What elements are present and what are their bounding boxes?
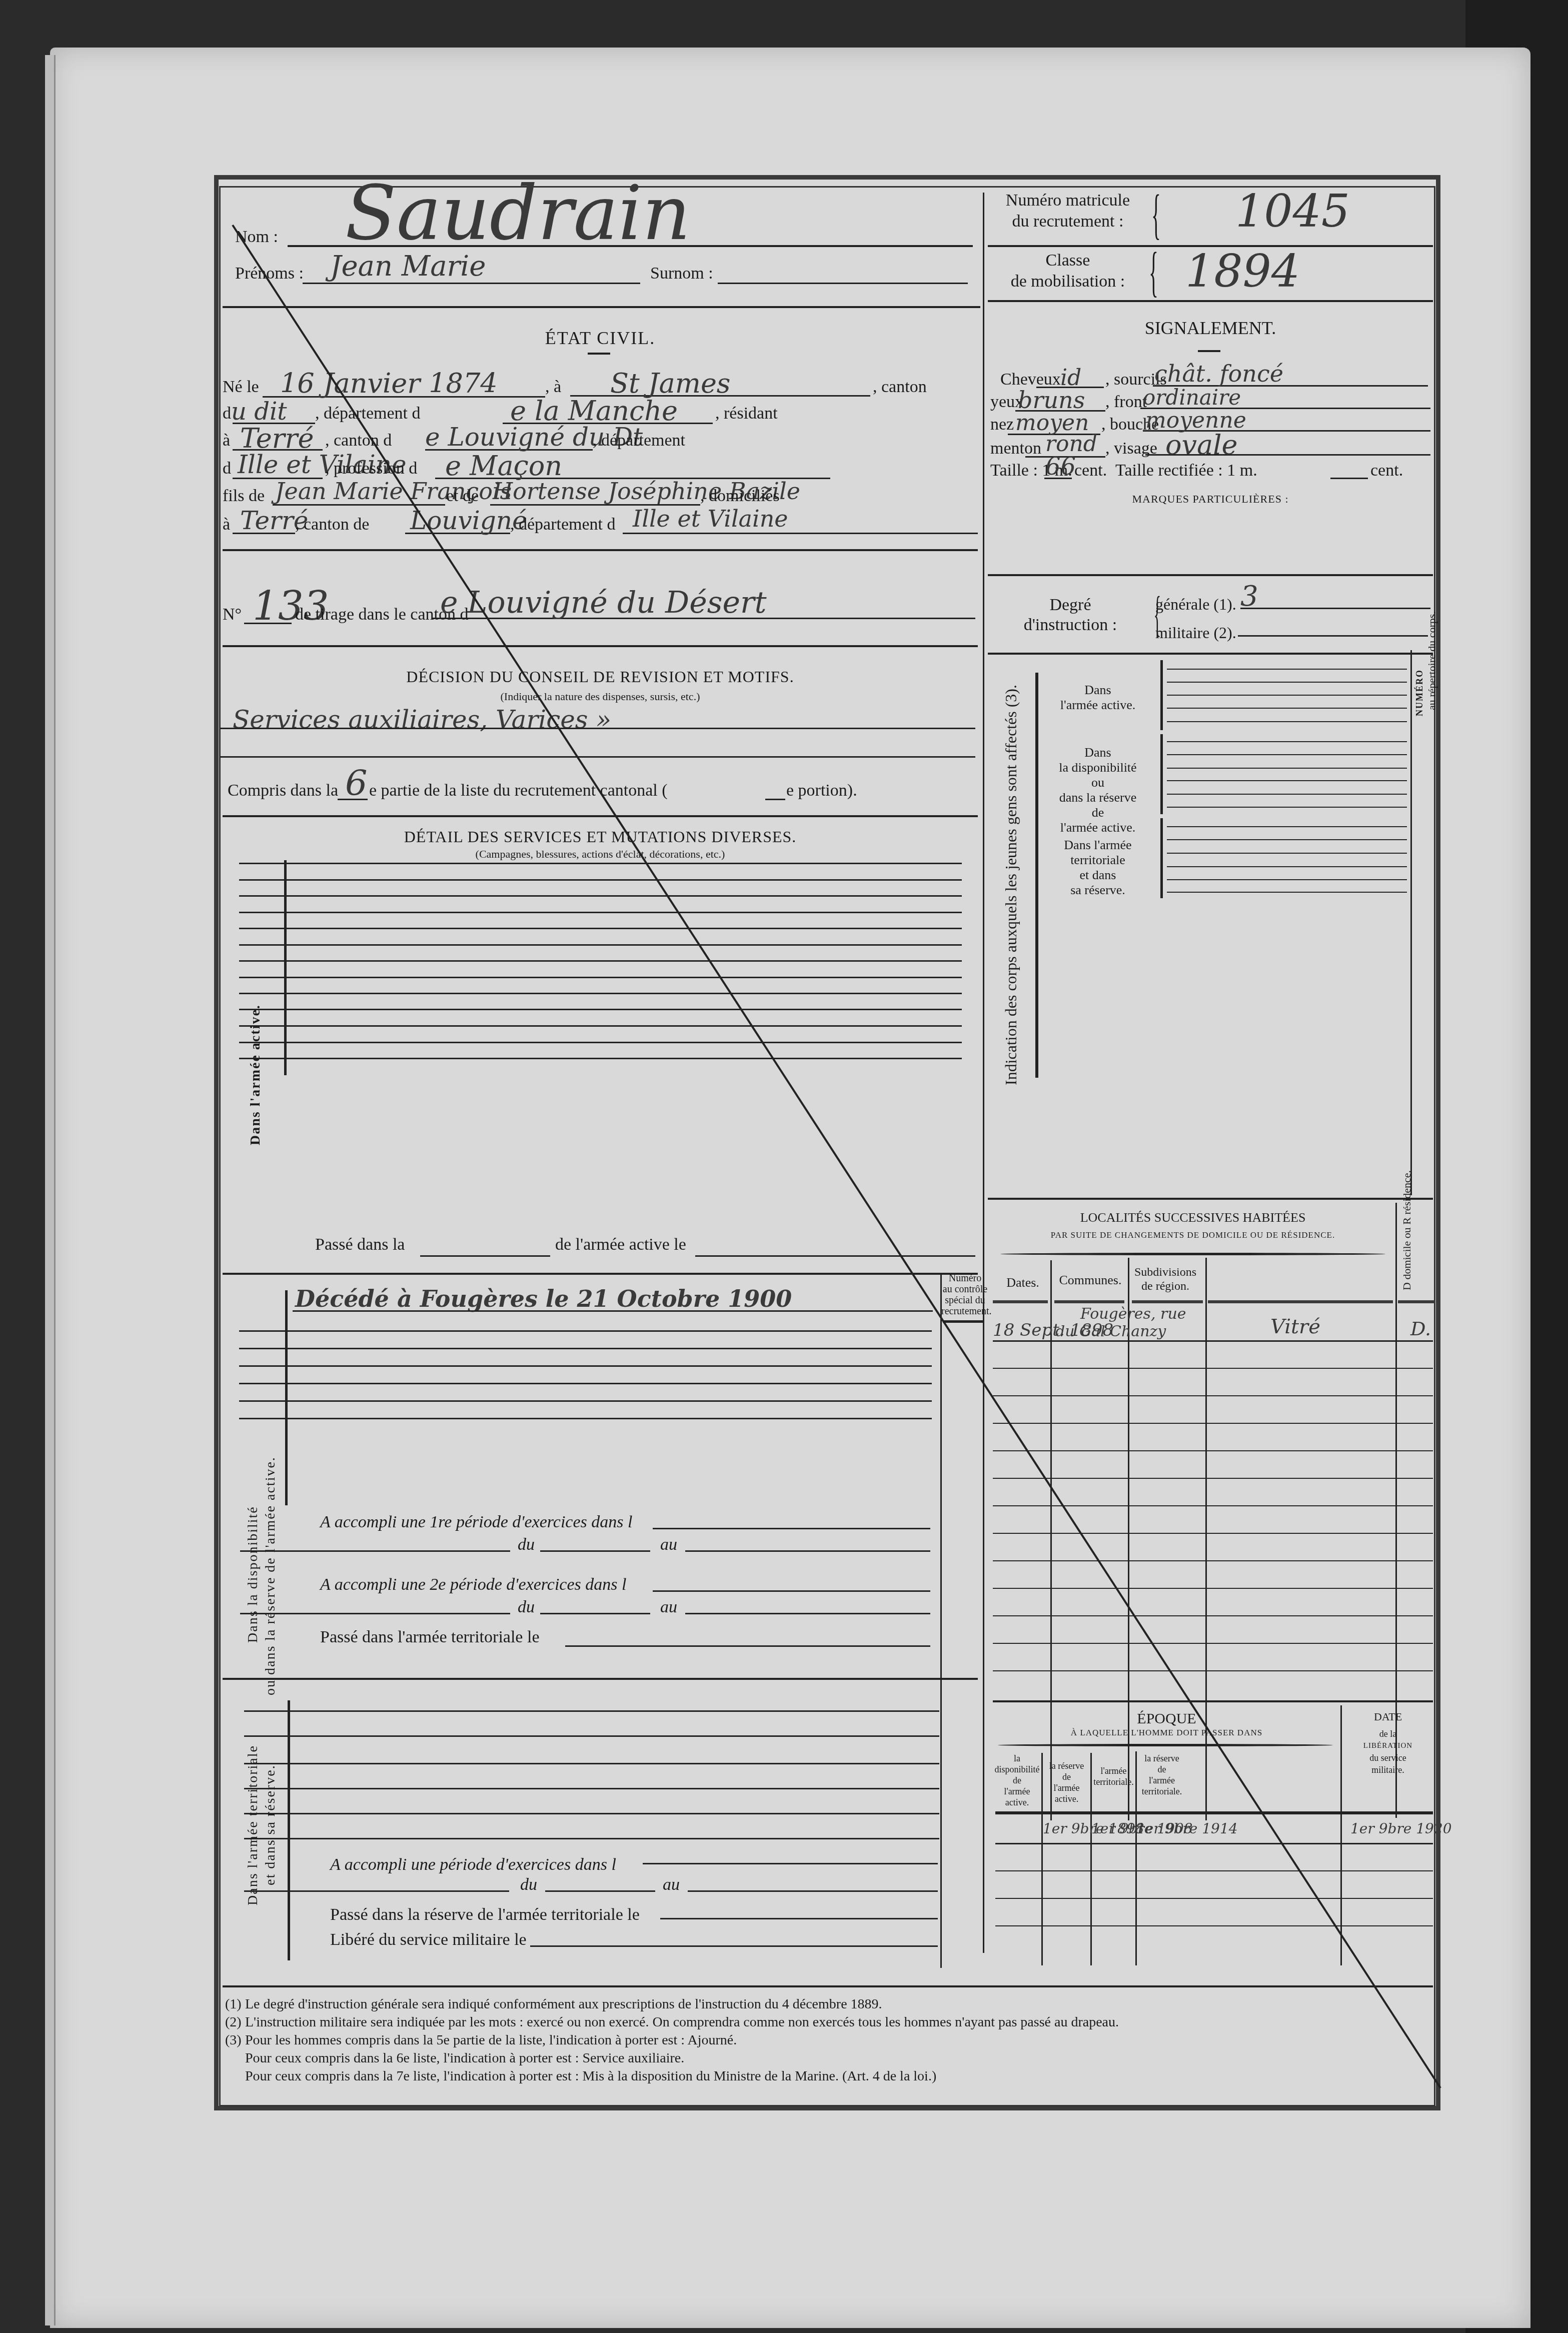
portion-line	[765, 799, 785, 800]
partie-value[interactable]: 6	[345, 763, 368, 804]
controle-label-line: au contrôle	[941, 1284, 989, 1295]
epoque-subtitle: À LAQUELLE L'HOMME DOIT PASSER DANS	[993, 1728, 1340, 1738]
services-line[interactable]	[239, 993, 962, 994]
localite-commune-2[interactable]: du Gal Chanzy	[1055, 1323, 1166, 1340]
disponibilite-side-label-1: Dans la disponibilité	[245, 1506, 261, 1643]
du-line[interactable]	[545, 1890, 655, 1892]
du-label: du	[518, 1535, 535, 1554]
classe-divider	[988, 300, 1433, 302]
corps-line[interactable]	[1167, 682, 1407, 683]
footnote-text: Le degré d'instruction générale sera ind…	[245, 1996, 882, 2012]
notes-divider	[223, 1985, 1433, 1987]
header-rule	[1208, 1300, 1393, 1303]
conseil-line-2	[220, 756, 975, 758]
services-subtitle: (Campagnes, blessures, actions d'éclat, …	[223, 848, 978, 861]
conseil-title: DÉCISION DU CONSEIL DE REVISION ET MOTIF…	[223, 668, 978, 686]
corps-group-line: l'armée active.	[1043, 698, 1153, 713]
localites-title: LOCALITÉS SUCCESSIVES HABITÉES	[988, 1210, 1398, 1225]
corps-divider	[988, 1198, 1433, 1200]
passe-label: Passé dans la	[315, 1235, 405, 1254]
dispo-line[interactable]	[239, 1418, 932, 1419]
tirage-divider	[223, 645, 978, 647]
footnote-5: Pour ceux compris dans la 7e liste, l'in…	[225, 2067, 1119, 2085]
corps-group-line: de	[1043, 805, 1153, 820]
footnote-num: (1)	[225, 1995, 245, 2013]
title-rule	[588, 353, 610, 355]
au-line[interactable]	[688, 1890, 938, 1892]
passe-reserve-line[interactable]	[660, 1918, 938, 1919]
brace-icon	[1160, 660, 1163, 730]
localite-row-line[interactable]	[993, 1533, 1433, 1534]
liberation-value[interactable]: 1er 9bre 1920	[1350, 1820, 1452, 1837]
taille-cent: cent.	[1074, 461, 1107, 480]
epoque-header-rule	[995, 1811, 1433, 1814]
corps-line[interactable]	[1167, 669, 1407, 670]
services-line[interactable]	[239, 879, 962, 881]
services-line[interactable]	[239, 1009, 962, 1010]
brace-icon	[1000, 1253, 1385, 1255]
epoque-col-line: l'armée	[1137, 1775, 1187, 1786]
taille-rect-label: Taille rectifiée : 1 m.	[1115, 461, 1257, 480]
domicile-prefix: à	[223, 515, 230, 534]
localite-row-line[interactable]	[993, 1670, 1433, 1671]
localite-row-line[interactable]	[993, 1505, 1433, 1506]
canton3-label: , canton de	[295, 515, 369, 534]
epoque-row-line[interactable]	[995, 1898, 1433, 1899]
prenoms-line	[303, 283, 640, 284]
corps-group-territoriale: Dans l'armée territoriale et dans sa rés…	[1043, 838, 1153, 898]
epoque-value-reserve-territoriale[interactable]: 1er 9bre 1914	[1136, 1820, 1238, 1837]
taille-rect-cent: cent.	[1370, 461, 1403, 480]
deces-entry[interactable]: Décédé à Fougères le 21 Octobre 1900	[295, 1285, 792, 1312]
brace-icon	[1160, 818, 1163, 898]
domicilies-label: , domiciliés	[700, 487, 780, 506]
classe-label-line1: Classe	[993, 250, 1143, 271]
corps-group-line: ou	[1043, 775, 1153, 790]
localite-row-line[interactable]	[993, 1478, 1433, 1479]
epoque-col-line: territoriale.	[1092, 1776, 1135, 1787]
sourcils-value[interactable]: chât. foncé	[1154, 360, 1283, 387]
services-line[interactable]	[239, 944, 962, 946]
corps-line[interactable]	[1167, 768, 1407, 769]
periode-label: A accompli une période d'exercices dans …	[330, 1855, 616, 1874]
front-value[interactable]: ordinaire	[1143, 385, 1241, 410]
header-rule	[1054, 1300, 1124, 1303]
footnote-text: Pour ceux compris dans la 7e liste, l'in…	[245, 2068, 936, 2084]
profession-value[interactable]: e Maçon	[445, 450, 562, 482]
epoque-title: ÉPOQUE	[993, 1710, 1340, 1727]
col-subdivisions: Subdivisions de région.	[1128, 1265, 1203, 1293]
signalement-divider	[988, 574, 1433, 576]
corps-line[interactable]	[1167, 708, 1407, 709]
col-communes: Communes.	[1053, 1273, 1128, 1288]
epoque-col-reserve-territoriale: la réserve de l'armée territoriale.	[1137, 1753, 1339, 1797]
classe-label-line2: de mobilisation :	[993, 271, 1143, 292]
brace-icon	[285, 1290, 288, 1505]
epoque-liberation-divider	[1340, 1705, 1342, 1965]
dispo-line[interactable]	[239, 1383, 932, 1384]
numero-matricule-label: Numéro matricule du recrutement :	[993, 190, 1143, 232]
corps-line[interactable]	[1167, 721, 1407, 722]
nom-value[interactable]: Saudrain	[345, 170, 691, 257]
epoque-row-line[interactable]	[995, 1870, 1433, 1871]
services-line[interactable]	[239, 895, 962, 897]
localite-commune-1[interactable]: Fougères, rue	[1080, 1305, 1186, 1323]
residant-label: , résidant	[715, 404, 778, 423]
periode1-line[interactable]	[653, 1528, 930, 1529]
corps-line[interactable]	[1167, 794, 1407, 795]
services-line[interactable]	[239, 912, 962, 913]
services-line[interactable]	[239, 960, 962, 962]
etat-civil-title: ÉTAT CIVIL.	[223, 328, 978, 349]
services-line[interactable]	[239, 977, 962, 978]
du-line[interactable]	[540, 1613, 650, 1614]
surnom-label: Surnom :	[650, 264, 713, 283]
footnote-text: Pour les hommes compris dans la 5e parti…	[245, 2032, 737, 2048]
localite-dr[interactable]: D.	[1410, 1318, 1431, 1340]
tirage-canton-value[interactable]: e Louvigné du Désert	[440, 585, 767, 620]
departement3-line	[623, 533, 978, 534]
localite-row-line[interactable]	[993, 1423, 1433, 1424]
controle-label-line: Numéro	[941, 1273, 989, 1284]
residant-prefix: à	[223, 431, 230, 450]
corps-line[interactable]	[1167, 866, 1407, 867]
corps-line[interactable]	[1167, 853, 1407, 854]
periode2-line-a[interactable]	[240, 1613, 510, 1614]
footnote-text: L'instruction militaire sera indiquée pa…	[245, 2014, 1119, 2030]
epoque-col-line: la réserve	[1137, 1753, 1187, 1764]
corps-line[interactable]	[1167, 695, 1407, 696]
periode2-label: A accompli une 2e période d'exercices da…	[320, 1575, 626, 1594]
corps-group-line: Dans	[1043, 683, 1153, 698]
passe-mid: de l'armée active le	[555, 1235, 686, 1254]
du-label: du	[518, 1598, 535, 1617]
conseil-subtitle: (Indiquer la nature des dispenses, sursi…	[223, 690, 978, 703]
canton-label: , canton	[873, 378, 927, 397]
corps-group-line: dans la réserve	[1043, 790, 1153, 805]
surnom-line	[718, 283, 968, 284]
libere-line[interactable]	[530, 1945, 938, 1947]
localite-subdivision[interactable]: Vitré	[1270, 1315, 1320, 1338]
controle-label-line: spécial du	[941, 1295, 989, 1306]
footnote-1: (1)Le degré d'instruction générale sera …	[225, 1995, 1119, 2013]
services-line[interactable]	[239, 1025, 962, 1027]
periode1-line-a[interactable]	[240, 1550, 510, 1552]
fils-label: fils de	[223, 487, 265, 506]
liberation-label-line: de la	[1343, 1728, 1433, 1740]
canton3-value[interactable]: Louvigné	[410, 506, 527, 535]
brace-icon	[288, 1700, 290, 1960]
localite-row-line[interactable]	[993, 1560, 1433, 1561]
au-label: au	[660, 1535, 677, 1554]
conseil-divider	[223, 815, 978, 817]
active-divider	[223, 1273, 978, 1275]
services-line[interactable]	[239, 928, 962, 929]
corps-group-disponibilite: Dans la disponibilité ou dans la réserve…	[1043, 745, 1153, 835]
disponibilite-side-label-2: ou dans la réserve de l'armée active.	[263, 1456, 279, 1695]
localites-col-divider	[1395, 1203, 1397, 1818]
marques-label: MARQUES PARTICULIÈRES :	[988, 493, 1433, 506]
liberation-label: de la LIBÉRATION du service militaire.	[1343, 1728, 1433, 1776]
footnote-text: Pour ceux compris dans la 6e liste, l'in…	[245, 2050, 684, 2066]
passe-territoriale-label: Passé dans l'armée territoriale le	[320, 1628, 540, 1647]
du-line[interactable]	[540, 1550, 650, 1552]
numero-label: NUMÉRO	[1414, 669, 1425, 716]
footnote-2: (2)L'instruction militaire sera indiquée…	[225, 2013, 1119, 2031]
localite-row-line[interactable]	[993, 1450, 1433, 1451]
epoque-col-line: l'armée active.	[993, 1786, 1041, 1808]
header-rule	[1132, 1300, 1203, 1303]
localite-row-line[interactable]	[993, 1368, 1433, 1369]
menton-label: menton	[990, 439, 1041, 458]
epoque-col-line: l'armée active.	[1043, 1782, 1090, 1804]
footnote-num: (2)	[225, 2013, 245, 2031]
epoque-col-line: disponibilité	[993, 1764, 1041, 1775]
header-rule	[1398, 1300, 1435, 1303]
signalement-title: SIGNALEMENT.	[988, 318, 1433, 339]
footnote-4: Pour ceux compris dans la 6e liste, l'in…	[225, 2049, 1119, 2067]
territoriale-side-label-2: et dans sa réserve.	[263, 1764, 279, 1885]
compris-text: e partie de la liste du recrutement cant…	[369, 781, 668, 800]
epoque-col-line: la	[993, 1753, 1041, 1764]
localite-row-line[interactable]	[993, 1395, 1433, 1396]
classe-value[interactable]: 1894	[1185, 245, 1300, 298]
passe-line-1[interactable]	[420, 1255, 550, 1257]
footnotes: (1)Le degré d'instruction générale sera …	[225, 1995, 1119, 2085]
territoriale-col-divider	[940, 1678, 942, 1968]
canton-value[interactable]: u dit	[231, 398, 287, 426]
departement-value[interactable]: e la Manche	[510, 395, 678, 427]
services-title: DÉTAIL DES SERVICES ET MUTATIONS DIVERSE…	[223, 828, 978, 846]
etat-civil-divider	[223, 549, 978, 551]
militaire-line	[1238, 635, 1428, 637]
corps-line[interactable]	[1167, 879, 1407, 880]
corps-group-line: Dans	[1043, 745, 1153, 760]
generale-line	[1240, 608, 1430, 609]
conseil-line-1	[220, 728, 975, 729]
epoque-row-line	[995, 1843, 1433, 1844]
localite-row-line	[993, 1340, 1433, 1342]
corps-group-line: sa réserve.	[1043, 883, 1153, 898]
territoriale-line[interactable]	[244, 1735, 939, 1737]
departement2-label: , département	[593, 431, 685, 450]
generale-value[interactable]: 3	[1240, 580, 1258, 613]
corps-line[interactable]	[1167, 807, 1407, 808]
corps-line[interactable]	[1167, 826, 1407, 827]
corps-side-label: Indication des corps auxquels les jeunes…	[1002, 685, 1020, 1085]
epoque-col-line: la réserve	[1043, 1760, 1090, 1771]
a-label: , à	[545, 378, 561, 397]
controle-divider	[940, 1273, 942, 1678]
controle-label-line: recrutement.	[941, 1306, 989, 1317]
corps-group-line: la disponibilité	[1043, 760, 1153, 775]
departement3-value[interactable]: Ille et Vilaine	[633, 505, 788, 532]
a-value[interactable]: St James	[610, 368, 731, 399]
controle-rule	[943, 1320, 983, 1323]
taille-rect-line	[1330, 478, 1368, 479]
col-dr: D domicile ou R résidence.	[1400, 1170, 1413, 1290]
generale-label: générale (1).	[1155, 595, 1236, 614]
territoriale-line[interactable]	[244, 1763, 939, 1764]
passe-reserve-territoriale-label: Passé dans la réserve de l'armée territo…	[330, 1905, 640, 1924]
brace-icon	[998, 1744, 1333, 1746]
corps-group-line: territoriale	[1043, 853, 1153, 868]
departement-label: , département d	[315, 404, 421, 423]
libere-label: Libéré du service militaire le	[330, 1930, 527, 1949]
au-line[interactable]	[685, 1613, 930, 1614]
brace-icon: {	[1151, 183, 1160, 246]
tirage-no-label: N°	[223, 605, 242, 624]
numero-sublabel: au répertoire du corps.	[1425, 611, 1438, 710]
passe-territoriale-line[interactable]	[565, 1645, 930, 1647]
epoque-col-line: de	[993, 1775, 1041, 1786]
yeux-value[interactable]: bruns	[1018, 387, 1085, 414]
epoque-col-line: de	[1137, 1764, 1187, 1775]
dispo-line[interactable]	[293, 1310, 933, 1312]
brace-icon	[1160, 734, 1163, 814]
localite-row-line[interactable]	[993, 1615, 1433, 1616]
header-divider	[223, 306, 980, 308]
epoque-col-line: de	[1043, 1771, 1090, 1782]
territoriale-side-label-1: Dans l'armée territoriale	[245, 1745, 261, 1905]
au-label: au	[663, 1875, 680, 1894]
epoque-divider	[993, 1700, 1433, 1702]
corps-group-active: Dans l'armée active.	[1043, 683, 1153, 713]
controle-label: Numéro au contrôle spécial du recrutemen…	[941, 1273, 989, 1317]
au-line[interactable]	[685, 1550, 930, 1552]
epoque-col-line: territoriale.	[1137, 1786, 1187, 1797]
footnote-num: (3)	[225, 2031, 245, 2049]
epoque-col-reserve-active: la réserve de l'armée active.	[1043, 1760, 1090, 1804]
residant-value[interactable]: Terré	[240, 423, 314, 454]
nez-label: nez	[990, 415, 1014, 434]
localite-row-line[interactable]	[993, 1588, 1433, 1589]
localites-subtitle: PAR SUITE DE CHANGEMENTS DE DOMICILE OU …	[988, 1230, 1398, 1240]
corps-brace	[1035, 673, 1038, 1078]
departement3-label: , département d	[510, 515, 616, 534]
dispo-divider	[223, 1678, 978, 1680]
et-de-label: et de	[446, 487, 479, 506]
dispo-line[interactable]	[239, 1365, 932, 1367]
footnote-3: (3)Pour les hommes compris dans la 5e pa…	[225, 2031, 1119, 2049]
prenoms-label: Prénoms :	[235, 264, 304, 283]
degre-label-line2: d'instruction :	[1015, 615, 1125, 635]
corps-line[interactable]	[1167, 892, 1407, 893]
classe-label: Classe de mobilisation :	[993, 250, 1143, 292]
territoriale-line[interactable]	[244, 1838, 939, 1839]
profession-label: , profession d	[325, 459, 417, 478]
departement2-prefix: d	[223, 459, 231, 478]
ne-le-value[interactable]: 16 Janvier 1874	[280, 368, 498, 399]
column-divider	[983, 193, 984, 1953]
corps-group-line: et dans	[1043, 868, 1153, 883]
services-line[interactable]	[239, 1042, 962, 1043]
corps-group-line: Dans l'armée	[1043, 838, 1153, 853]
epoque-col-territoriale: l'armée territoriale.	[1092, 1765, 1135, 1787]
title-rule	[1198, 350, 1220, 352]
epoque-row-line[interactable]	[995, 1925, 1433, 1926]
epoque-col-disponibilite: la disponibilité de l'armée active.	[993, 1753, 1041, 1808]
dispo-line[interactable]	[239, 1330, 932, 1332]
prenoms-value[interactable]: Jean Marie	[330, 250, 486, 283]
portion-text: e portion).	[786, 781, 857, 800]
liberation-title: DATE	[1343, 1710, 1433, 1723]
header-rule	[993, 1300, 1048, 1303]
conseil-decision-value[interactable]: Services auxiliaires, Varices »	[233, 705, 611, 734]
numero-matricule-value[interactable]: 1045	[1235, 185, 1350, 238]
passe-line-2[interactable]	[695, 1255, 975, 1257]
nom-label: Nom :	[235, 228, 278, 247]
corps-line[interactable]	[1167, 780, 1407, 781]
territoriale-line[interactable]	[244, 1813, 939, 1814]
numero-label-line2: du recrutement :	[993, 211, 1143, 232]
services-line[interactable]	[239, 863, 962, 864]
canton2-label: , canton d	[325, 431, 392, 450]
au-label: au	[660, 1598, 677, 1617]
periode-line[interactable]	[643, 1863, 938, 1864]
visage-value[interactable]: ovale	[1165, 429, 1237, 461]
localite-row-line[interactable]	[993, 1643, 1433, 1644]
corps-line[interactable]	[1167, 839, 1407, 840]
territoriale-line[interactable]	[244, 1710, 939, 1712]
du-label: du	[520, 1875, 537, 1894]
periode-line-a[interactable]	[244, 1890, 509, 1892]
degre-label-line1: Degré	[1015, 595, 1125, 615]
compris-label: Compris dans la	[228, 781, 338, 800]
periode2-line[interactable]	[653, 1590, 930, 1592]
dispo-line[interactable]	[239, 1400, 932, 1402]
territoriale-line[interactable]	[244, 1788, 939, 1789]
brace-icon: {	[1149, 240, 1158, 304]
canton-prefix: d	[223, 404, 231, 423]
corps-numero-divider	[1410, 650, 1412, 1195]
col-dates: Dates.	[993, 1275, 1053, 1290]
services-line[interactable]	[239, 1058, 962, 1059]
liberation-label-line: du service	[1343, 1752, 1433, 1764]
numero-label-line1: Numéro matricule	[993, 190, 1143, 211]
militaire-label: militaire (2).	[1155, 624, 1236, 642]
periode1-label: A accompli une 1re période d'exercices d…	[320, 1513, 632, 1532]
corps-line[interactable]	[1167, 741, 1407, 742]
epoque-col-line: l'armée	[1092, 1765, 1135, 1776]
liberation-label-line: militaire.	[1343, 1764, 1433, 1776]
page-edge	[45, 55, 56, 2325]
ne-le-label: Né le	[223, 378, 259, 397]
degre-label: Degré d'instruction :	[1015, 595, 1125, 635]
liberation-label-line: LIBÉRATION	[1343, 1740, 1433, 1752]
corps-line[interactable]	[1167, 754, 1407, 755]
dispo-line[interactable]	[239, 1348, 932, 1349]
instruction-divider	[988, 653, 1433, 655]
corps-group-line: l'armée active.	[1043, 820, 1153, 835]
taille-value[interactable]: 66	[1045, 453, 1076, 481]
